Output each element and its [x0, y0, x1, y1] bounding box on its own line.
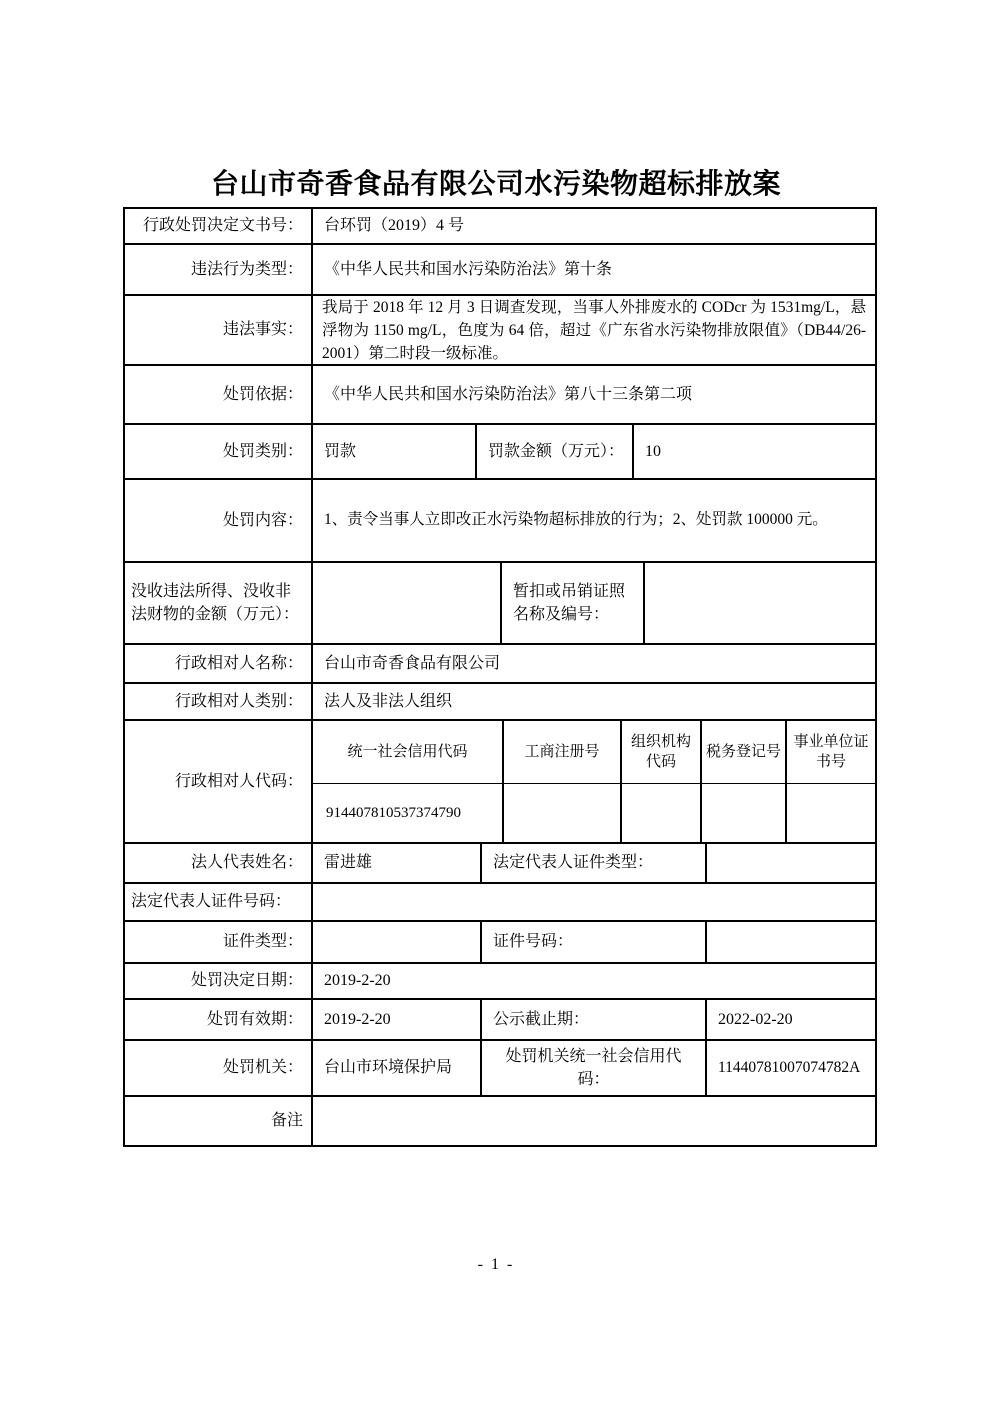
row-confiscation: 没收违法所得、没收非法财物的金额（万元）： 暂扣或吊销证照名称及编号：	[125, 563, 875, 645]
party-codes-label: 行政相对人代码：	[125, 721, 313, 842]
penalty-content-value: 1、责令当事人立即改正水污染物超标排放的行为；2、处罚款 100000 元。	[313, 480, 875, 561]
row-legal-rep-id: 法定代表人证件号码：	[125, 884, 875, 922]
cert-no-value	[707, 922, 875, 962]
row-doc-no: 行政处罚决定文书号： 台环罚（2019）4 号	[125, 209, 875, 245]
remarks-value	[313, 1097, 875, 1145]
party-category-value: 法人及非法人组织	[313, 684, 875, 719]
remarks-label: 备注	[125, 1097, 313, 1145]
party-codes-header-row: 统一社会信用代码 工商注册号 组织机构代码 税务登记号 事业单位证书号	[313, 721, 875, 784]
doc-no-value: 台环罚（2019）4 号	[313, 209, 875, 243]
value-business-reg-no	[504, 784, 622, 842]
authority-code-value: 11440781007074782A	[707, 1041, 875, 1095]
party-category-label: 行政相对人类别：	[125, 684, 313, 719]
row-remarks: 备注	[125, 1097, 875, 1145]
legal-rep-name-value: 雷进雄	[313, 844, 482, 882]
fine-amount-value: 10	[634, 425, 875, 478]
row-party-category: 行政相对人类别： 法人及非法人组织	[125, 684, 875, 721]
header-institution-cert-no: 事业单位证书号	[787, 721, 875, 783]
value-org-code	[622, 784, 702, 842]
legal-rep-name-label: 法人代表姓名：	[125, 844, 313, 882]
license-revocation-value	[645, 563, 875, 643]
value-institution-cert-no	[787, 784, 875, 842]
cert-no-label: 证件号码：	[482, 922, 707, 962]
validity-label: 处罚有效期：	[125, 1000, 313, 1039]
row-cert: 证件类型： 证件号码：	[125, 922, 875, 964]
cert-type-label: 证件类型：	[125, 922, 313, 962]
penalty-basis-label: 处罚依据：	[125, 366, 313, 423]
party-codes-value-row: 914407810537374790	[313, 784, 875, 842]
row-validity: 处罚有效期： 2019-2-20 公示截止期： 2022-02-20	[125, 1000, 875, 1041]
penalty-content-label: 处罚内容：	[125, 480, 313, 561]
page-title: 台山市奇香食品有限公司水污染物超标排放案	[0, 162, 992, 202]
authority-value: 台山市环境保护局	[313, 1041, 482, 1095]
row-penalty-basis: 处罚依据： 《中华人民共和国水污染防治法》第八十三条第二项	[125, 366, 875, 425]
row-party-name: 行政相对人名称： 台山市奇香食品有限公司	[125, 645, 875, 684]
violation-facts-text: 我局于 2018 年 12 月 3 日调查发现，当事人外排废水的 CODcr 为…	[322, 296, 866, 364]
publicity-deadline-value: 2022-02-20	[707, 1000, 875, 1039]
violation-facts-value: 我局于 2018 年 12 月 3 日调查发现，当事人外排废水的 CODcr 为…	[313, 296, 875, 364]
legal-rep-id-type-label: 法定代表人证件类型：	[482, 844, 707, 882]
value-tax-reg-no	[702, 784, 787, 842]
legal-rep-id-type-value	[707, 844, 875, 882]
penalty-basis-value: 《中华人民共和国水污染防治法》第八十三条第二项	[313, 366, 875, 423]
fine-amount-label: 罚款金额（万元）：	[477, 425, 634, 478]
authority-code-label: 处罚机关统一社会信用代码：	[482, 1041, 707, 1095]
party-name-label: 行政相对人名称：	[125, 645, 313, 682]
penalty-category-value: 罚款	[313, 425, 477, 478]
row-penalty-content: 处罚内容： 1、责令当事人立即改正水污染物超标排放的行为；2、处罚款 10000…	[125, 480, 875, 563]
row-legal-rep: 法人代表姓名： 雷进雄 法定代表人证件类型：	[125, 844, 875, 884]
party-codes-subtable: 统一社会信用代码 工商注册号 组织机构代码 税务登记号 事业单位证书号 9144…	[313, 721, 875, 842]
cert-type-value	[313, 922, 482, 962]
confiscation-label: 没收违法所得、没收非法财物的金额（万元）：	[125, 563, 313, 643]
value-credit-code: 914407810537374790	[313, 784, 504, 842]
header-tax-reg-no: 税务登记号	[702, 721, 787, 783]
authority-label: 处罚机关：	[125, 1041, 313, 1095]
decision-date-value: 2019-2-20	[313, 964, 875, 998]
doc-no-label: 行政处罚决定文书号：	[125, 209, 313, 243]
header-business-reg-no: 工商注册号	[504, 721, 622, 783]
violation-type-label: 违法行为类型：	[125, 245, 313, 294]
violation-type-value: 《中华人民共和国水污染防治法》第十条	[313, 245, 875, 294]
validity-value: 2019-2-20	[313, 1000, 482, 1039]
header-credit-code: 统一社会信用代码	[313, 721, 504, 783]
decision-date-label: 处罚决定日期：	[125, 964, 313, 998]
party-name-value: 台山市奇香食品有限公司	[313, 645, 875, 682]
row-violation-facts: 违法事实： 我局于 2018 年 12 月 3 日调查发现，当事人外排废水的 C…	[125, 296, 875, 366]
page-number: - 1 -	[0, 1256, 992, 1274]
confiscation-value	[313, 563, 502, 643]
penalty-decision-table: 行政处罚决定文书号： 台环罚（2019）4 号 违法行为类型： 《中华人民共和国…	[123, 207, 877, 1147]
violation-facts-label: 违法事实：	[125, 296, 313, 364]
row-party-codes: 行政相对人代码： 统一社会信用代码 工商注册号 组织机构代码 税务登记号 事业单…	[125, 721, 875, 844]
row-penalty-category: 处罚类别： 罚款 罚款金额（万元）： 10	[125, 425, 875, 480]
row-violation-type: 违法行为类型： 《中华人民共和国水污染防治法》第十条	[125, 245, 875, 296]
license-revocation-label: 暂扣或吊销证照名称及编号：	[502, 563, 645, 643]
legal-rep-id-label: 法定代表人证件号码：	[125, 884, 313, 920]
row-decision-date: 处罚决定日期： 2019-2-20	[125, 964, 875, 1000]
legal-rep-id-value	[313, 884, 875, 920]
publicity-deadline-label: 公示截止期：	[482, 1000, 707, 1039]
row-authority: 处罚机关： 台山市环境保护局 处罚机关统一社会信用代码： 11440781007…	[125, 1041, 875, 1097]
penalty-category-label: 处罚类别：	[125, 425, 313, 478]
header-org-code: 组织机构代码	[622, 721, 702, 783]
